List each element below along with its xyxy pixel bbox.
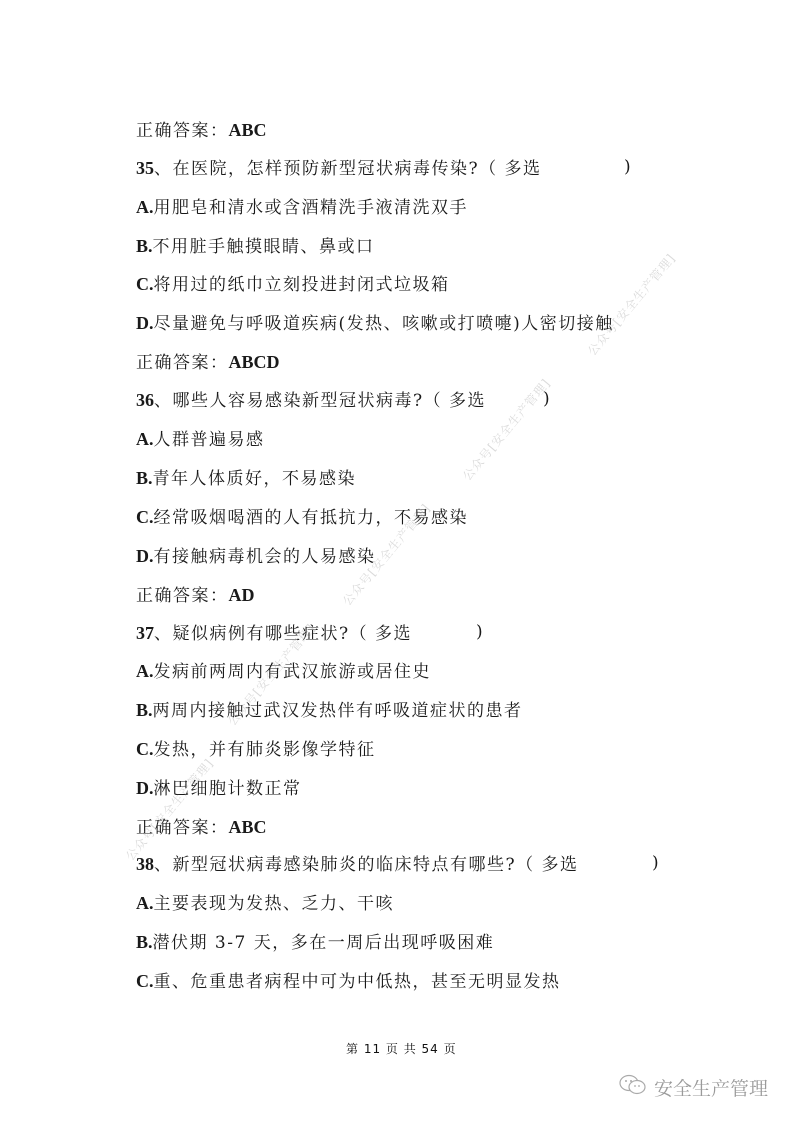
- answer-blank-close: ): [476, 622, 483, 642]
- answer-blank-close: ): [624, 157, 631, 177]
- item-marker: B.: [136, 700, 153, 720]
- item-text: 不用脏手触摸眼睛、鼻或口: [153, 237, 375, 257]
- item-text: 两周内接触过武汉发热伴有呼吸道症状的患者: [153, 701, 523, 721]
- option-line: C.将用过的纸巾立刻投进封闭式垃圾箱: [136, 273, 450, 296]
- item-marker: A.: [136, 893, 154, 913]
- item-marker: A.: [136, 661, 154, 681]
- item-text: 有接触病毒机会的人易感染: [154, 547, 376, 567]
- item-marker: B.: [136, 932, 153, 952]
- option-line: A.人群普遍易感: [136, 428, 265, 451]
- question-line: 35、在医院，怎样预防新型冠状病毒传染?（ 多选: [136, 157, 542, 180]
- item-marker: C.: [136, 739, 154, 759]
- item-text: 用肥皂和清水或含酒精洗手液清洗双手: [154, 198, 469, 218]
- page-number: 第 11 页 共 54 页: [346, 1040, 457, 1057]
- option-line: B.青年人体质好，不易感染: [136, 467, 356, 490]
- question-line: 38、新型冠状病毒感染肺炎的临床特点有哪些?（ 多选: [136, 853, 579, 876]
- question-line: 37、疑似病例有哪些症状?（ 多选: [136, 622, 412, 645]
- answer-line: 正确答案：AD: [136, 584, 255, 607]
- item-text: 、哪些人容易感染新型冠状病毒?（ 多选: [154, 391, 486, 411]
- answer-value: ABC: [229, 120, 267, 140]
- brand-label: 安全生产管理: [654, 1074, 768, 1101]
- answer-label: 正确答案：: [136, 353, 229, 373]
- item-marker: C.: [136, 274, 154, 294]
- option-line: B.不用脏手触摸眼睛、鼻或口: [136, 235, 375, 258]
- answer-blank-close: ): [652, 853, 659, 873]
- item-marker: 37: [136, 623, 154, 643]
- option-line: C.发热，并有肺炎影像学特征: [136, 738, 376, 761]
- item-marker: C.: [136, 507, 154, 527]
- answer-label: 正确答案：: [136, 121, 229, 141]
- option-line: D.尽量避免与呼吸道疾病(发热、咳嗽或打喷嚏)人密切接触: [136, 312, 614, 335]
- option-line: D.淋巴细胞计数正常: [136, 777, 302, 800]
- option-line: B.两周内接触过武汉发热伴有呼吸道症状的患者: [136, 699, 523, 722]
- item-marker: D.: [136, 313, 154, 333]
- option-line: A.主要表现为发热、乏力、干咳: [136, 892, 394, 915]
- item-text: 青年人体质好，不易感染: [153, 469, 357, 489]
- answer-value: ABC: [229, 817, 267, 837]
- item-marker: D.: [136, 778, 154, 798]
- item-text: 发热，并有肺炎影像学特征: [154, 740, 376, 760]
- option-line: A.用肥皂和清水或含酒精洗手液清洗双手: [136, 196, 468, 219]
- answer-value: AD: [229, 585, 255, 605]
- item-marker: A.: [136, 197, 154, 217]
- watermark: 公众号[安全生产管理]: [121, 755, 217, 864]
- item-text: 重、危重患者病程中可为中低热，甚至无明显发热: [154, 972, 561, 992]
- brand-badge: 安全生产管理: [618, 1073, 768, 1102]
- wechat-icon: [618, 1073, 648, 1102]
- item-text: 、新型冠状病毒感染肺炎的临床特点有哪些?（ 多选: [154, 855, 579, 875]
- answer-line: 正确答案：ABC: [136, 119, 267, 142]
- answer-value: ABCD: [229, 352, 280, 372]
- item-marker: A.: [136, 429, 154, 449]
- option-line: D.有接触病毒机会的人易感染: [136, 545, 376, 568]
- option-line: C.重、危重患者病程中可为中低热，甚至无明显发热: [136, 970, 561, 993]
- item-text: 将用过的纸巾立刻投进封闭式垃圾箱: [154, 275, 450, 295]
- item-text: 潜伏期 3-7 天，多在一周后出现呼吸困难: [153, 933, 495, 953]
- answer-label: 正确答案：: [136, 586, 229, 606]
- option-line: B.潜伏期 3-7 天，多在一周后出现呼吸困难: [136, 931, 494, 954]
- item-text: 尽量避免与呼吸道疾病(发热、咳嗽或打喷嚏)人密切接触: [154, 314, 614, 334]
- answer-line: 正确答案：ABCD: [136, 351, 280, 374]
- item-text: 发病前两周内有武汉旅游或居住史: [154, 662, 432, 682]
- item-marker: 36: [136, 390, 154, 410]
- watermark: 公众号[安全生产管理]: [583, 250, 679, 359]
- item-text: 、疑似病例有哪些症状?（ 多选: [154, 624, 412, 644]
- item-marker: C.: [136, 971, 154, 991]
- item-marker: B.: [136, 468, 153, 488]
- document-page: 正确答案：ABC35、在医院，怎样预防新型冠状病毒传染?（ 多选)A.用肥皂和清…: [0, 0, 793, 1122]
- item-text: 、在医院，怎样预防新型冠状病毒传染?（ 多选: [154, 159, 542, 179]
- item-marker: 35: [136, 158, 154, 178]
- question-line: 36、哪些人容易感染新型冠状病毒?（ 多选: [136, 389, 486, 412]
- item-marker: B.: [136, 236, 153, 256]
- item-marker: D.: [136, 546, 154, 566]
- item-text: 主要表现为发热、乏力、干咳: [154, 894, 395, 914]
- item-text: 人群普遍易感: [154, 430, 265, 450]
